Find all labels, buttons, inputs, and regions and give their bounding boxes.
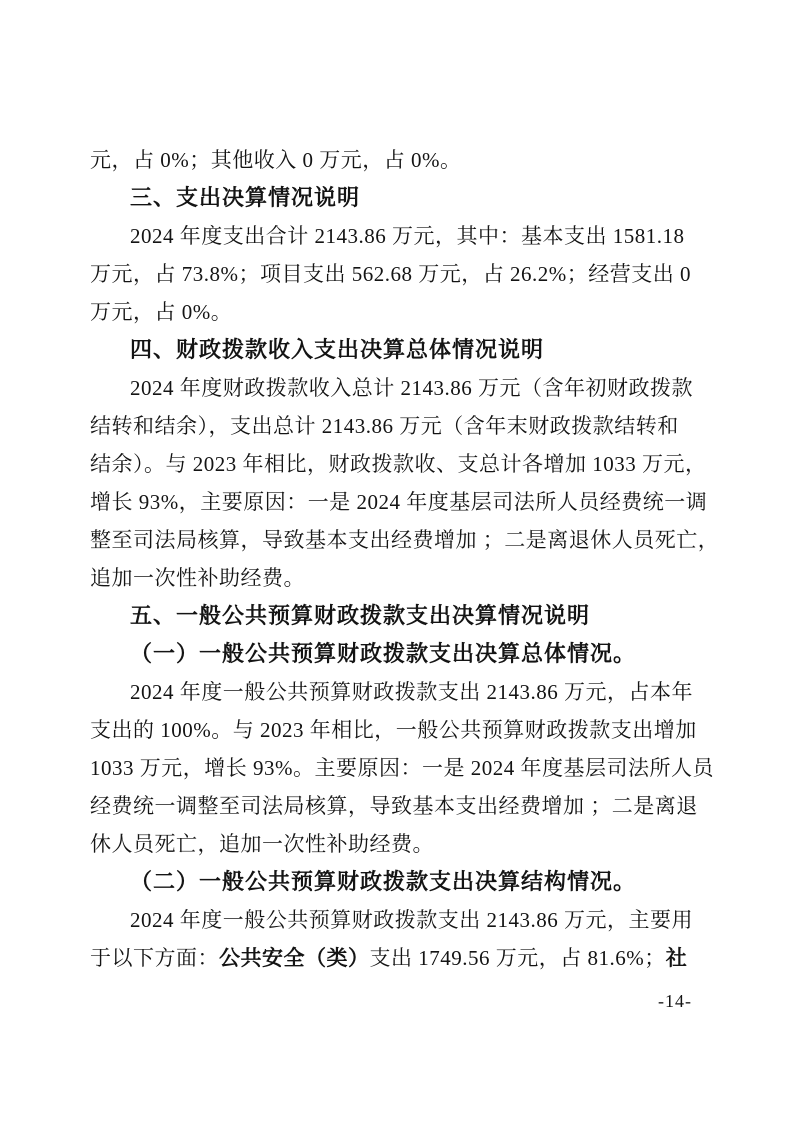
text-line: 休人员死亡，追加一次性补助经费。 bbox=[90, 825, 710, 863]
bold-text-segment: 四、财政拨款收入支出决算总体情况说明 bbox=[130, 337, 544, 362]
text-segment: 增长 93%，主要原因：一是 2024 年度基层司法所人员经费统一调 bbox=[90, 490, 707, 514]
text-line: 结余）。与 2023 年相比，财政拨款收、支总计各增加 1033 万元， bbox=[90, 445, 710, 483]
text-line: 万元，占 73.8%；项目支出 562.68 万元，占 26.2%；经营支出 0 bbox=[90, 255, 710, 293]
bold-text-segment: （二）一般公共预算财政拨款支出决算结构情况。 bbox=[130, 869, 636, 894]
text-line: 经费统一调整至司法局核算，导致基本支出经费增加 ；二是离退 bbox=[90, 787, 710, 825]
bold-text-segment: 公共安全（类） bbox=[219, 946, 370, 970]
text-segment: 结转和结余），支出总计 2143.86 万元（含年末财政拨款结转和 bbox=[90, 414, 679, 438]
heading-line: （一）一般公共预算财政拨款支出决算总体情况。 bbox=[90, 635, 710, 673]
text-segment: 万元，占 73.8%；项目支出 562.68 万元，占 26.2%；经营支出 0 bbox=[90, 262, 691, 286]
text-segment: 2024 年度一般公共预算财政拨款支出 2143.86 万元，主要用 bbox=[130, 908, 693, 932]
text-segment: 休人员死亡，追加一次性补助经费。 bbox=[90, 832, 434, 856]
text-segment: 2024 年度一般公共预算财政拨款支出 2143.86 万元，占本年 bbox=[130, 680, 693, 704]
heading-line: 三、支出决算情况说明 bbox=[90, 179, 710, 217]
text-segment: 万元，占 0%。 bbox=[90, 300, 232, 324]
text-segment: 2024 年度财政拨款收入总计 2143.86 万元（含年初财政拨款 bbox=[130, 376, 693, 400]
bold-text-segment: 社 bbox=[666, 946, 688, 970]
text-line: 2024 年度支出合计 2143.86 万元，其中：基本支出 1581.18 bbox=[90, 217, 710, 255]
text-line: 万元，占 0%。 bbox=[90, 293, 710, 331]
text-line: 2024 年度一般公共预算财政拨款支出 2143.86 万元，主要用 bbox=[90, 901, 710, 939]
page-number: -14- bbox=[658, 990, 692, 1012]
text-line: 2024 年度一般公共预算财政拨款支出 2143.86 万元，占本年 bbox=[90, 673, 710, 711]
text-line: 整至司法局核算，导致基本支出经费增加 ；二是离退休人员死亡， bbox=[90, 521, 710, 559]
text-segment: 经费统一调整至司法局核算，导致基本支出经费增加 ；二是离退 bbox=[90, 794, 698, 818]
text-line: 结转和结余），支出总计 2143.86 万元（含年末财政拨款结转和 bbox=[90, 407, 710, 445]
text-line: 2024 年度财政拨款收入总计 2143.86 万元（含年初财政拨款 bbox=[90, 369, 710, 407]
text-segment: 整至司法局核算，导致基本支出经费增加 ；二是离退休人员死亡， bbox=[90, 528, 719, 552]
text-line: 1033 万元，增长 93%。主要原因：一是 2024 年度基层司法所人员 bbox=[90, 749, 710, 787]
text-segment: 2024 年度支出合计 2143.86 万元，其中：基本支出 1581.18 bbox=[130, 224, 685, 248]
bold-text-segment: 三、支出决算情况说明 bbox=[130, 185, 360, 210]
text-line: 增长 93%，主要原因：一是 2024 年度基层司法所人员经费统一调 bbox=[90, 483, 710, 521]
text-segment: 于以下方面： bbox=[90, 946, 219, 970]
text-segment: 结余）。与 2023 年相比，财政拨款收、支总计各增加 1033 万元， bbox=[90, 452, 707, 476]
document-page: 元，占 0%；其他收入 0 万元，占 0%。三、支出决算情况说明2024 年度支… bbox=[0, 0, 793, 1122]
heading-line: （二）一般公共预算财政拨款支出决算结构情况。 bbox=[90, 863, 710, 901]
text-segment: 支出的 100%。与 2023 年相比，一般公共预算财政拨款支出增加 bbox=[90, 718, 697, 742]
text-segment: 追加一次性补助经费。 bbox=[90, 566, 305, 590]
text-segment: 元，占 0%；其他收入 0 万元，占 0%。 bbox=[90, 148, 462, 172]
heading-line: 五、一般公共预算财政拨款支出决算情况说明 bbox=[90, 597, 710, 635]
text-line: 于以下方面：公共安全（类）支出 1749.56 万元，占 81.6%；社 bbox=[90, 939, 710, 977]
bold-text-segment: （一）一般公共预算财政拨款支出决算总体情况。 bbox=[130, 641, 636, 666]
bold-text-segment: 五、一般公共预算财政拨款支出决算情况说明 bbox=[130, 603, 590, 628]
text-line: 支出的 100%。与 2023 年相比，一般公共预算财政拨款支出增加 bbox=[90, 711, 710, 749]
text-line: 元，占 0%；其他收入 0 万元，占 0%。 bbox=[90, 141, 710, 179]
text-line: 追加一次性补助经费。 bbox=[90, 559, 710, 597]
heading-line: 四、财政拨款收入支出决算总体情况说明 bbox=[90, 331, 710, 369]
text-segment: 支出 1749.56 万元，占 81.6%； bbox=[370, 946, 666, 970]
text-block: 元，占 0%；其他收入 0 万元，占 0%。三、支出决算情况说明2024 年度支… bbox=[90, 141, 710, 977]
text-segment: 1033 万元，增长 93%。主要原因：一是 2024 年度基层司法所人员 bbox=[90, 756, 714, 780]
